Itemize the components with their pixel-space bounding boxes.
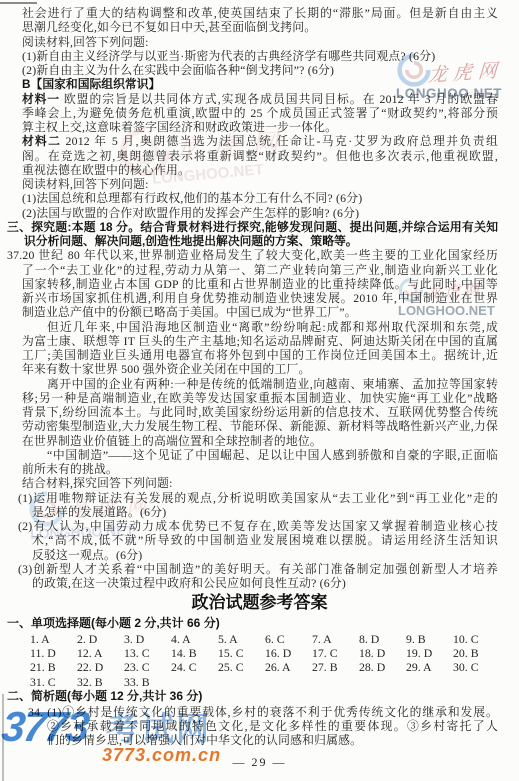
text-line: 34. (1)①乡村是传统文化的重要载体,乡村的衰落不利于优秀传统文化的继承和发… xyxy=(28,705,498,719)
answer-section: 政治试题参考答案 一、单项选择题(每小题 2 分,共计 66 分) 1. A2.… xyxy=(0,592,519,748)
text-line: 的政策,在这一决策过程中政府和公民应如何良性互动? (6分) xyxy=(32,576,498,590)
text-line: 背景下,纷纷回流本土。与此同时,欧美国家纷纷运用新的信息技术、互联网优势整合传统 xyxy=(22,405,498,419)
answer-item: 6. C xyxy=(265,632,312,646)
answer-item: 18. D xyxy=(359,646,406,660)
answer-section1-heading: 一、单项选择题(每小题 2 分,共计 66 分) xyxy=(7,616,519,631)
text-line: ②乡村承载着不同地域的特色文化,是文化多样性的重要体现。③乡村寄托了人 xyxy=(47,719,498,733)
answer-item: 10. C xyxy=(453,632,500,646)
answer-item: 12. A xyxy=(77,646,124,660)
answer-item: 30. C xyxy=(453,660,500,674)
text-line: (3)创新型人才关系着“中国制造”的美好明天。有关部门准备制定加强创新型人才培养 xyxy=(18,562,498,576)
answer-item: 23. C xyxy=(124,660,171,674)
answer-item: 28. D xyxy=(359,660,406,674)
answer-item: 21. B xyxy=(30,660,77,674)
answer-item: 33. B xyxy=(124,675,171,689)
text-line: 材料一 欧盟的宗旨是以共同体方式,实现各成员国共同目标。在 2012 年 3 月… xyxy=(22,92,498,106)
answer-item: 9. B xyxy=(406,632,453,646)
text-line: 劳动密集型制造业,大力发展生物工程、节能环保、新能源、新材料等战略性新兴产业,力… xyxy=(22,419,498,433)
answer-item: 25. C xyxy=(218,660,265,674)
text-line: 们的乡情乡思,可以增强人们对中华文化的认同感和归属感。 xyxy=(47,733,498,747)
text-line: (2)法国与欧盟的合作对欧盟作用的发挥会产生怎样的影响? (6分) xyxy=(22,206,498,220)
answer-item: 24. C xyxy=(171,660,218,674)
text-line: 离开中国的企业有两种:一种是传统的低端制造业,向越南、柬埔寨、孟加拉等国家转 xyxy=(47,377,498,391)
answer-item: 14. B xyxy=(171,646,218,660)
answer-item: 19. D xyxy=(406,646,453,660)
text-line: 制造业总产值中的份额已略高于美国。中国已成为“世界工厂”。 xyxy=(22,305,498,319)
answer-item: 16. D xyxy=(265,646,312,660)
text-line: (2)新自由主义为什么在实践中会面临各种“倒戈拷问”? (6分) xyxy=(22,63,498,77)
text-line: 社会进行了重大的结构调整和改革,使英国结束了长期的“滞胀”局面。但是新自由主义 xyxy=(22,6,498,20)
text-line: 阅读材料,回答下列问题: xyxy=(22,177,498,191)
answer-item: 5. A xyxy=(218,632,265,646)
text-line: 是怎样的发展道路。(6分) xyxy=(32,505,498,519)
answer-item: 20. B xyxy=(453,646,500,660)
material-label: 材料二 xyxy=(22,134,61,148)
answer-item: 1. A xyxy=(30,632,77,646)
text-line: 季峰会上,为避免债务危机重演,欧盟中的 25 个成员国正式签署了“财政契约”,将… xyxy=(22,106,498,120)
answer-item: 13. C xyxy=(124,646,171,660)
text-line: (2)有人认为,中国劳动力成本优势已不复存在,欧美等发达国家又掌握着制造业核心技 xyxy=(18,519,498,533)
material-label: 材料一 xyxy=(22,92,60,106)
text-line: (1)运用唯物辩证法有关发展的观点,分析说明欧美国家从“去工业化”到“再工业化”… xyxy=(18,491,498,505)
exam-page: 龙虎网 LONGHOO.NET 龙虎网 LONGHOO.NET 龙虎网 LONG… xyxy=(0,0,519,781)
question-34-answer: 34. (1)①乡村是传统文化的重要载体,乡村的衰落不利于优秀传统文化的继承和发… xyxy=(0,705,519,748)
text-line: 了一个“去工业化”的过程,劳动力从第一、第二产业转向第三产业,制造业向新兴工业化 xyxy=(22,263,498,277)
text-line: 在世界制造业价值链上的高端位置和全球控制者的地位。 xyxy=(22,434,498,448)
text-line: 算主权上交,这意味着签字国经济和财政政策进一步一体化。 xyxy=(22,120,498,134)
answer-item: 17. C xyxy=(312,646,359,660)
answer-item: 7. A xyxy=(312,632,359,646)
answer-item: 29. A xyxy=(406,660,453,674)
text-line: 37.20 世纪 80 年代以来,世界制造业格局发生了较大变化,欧美一些主要的工… xyxy=(7,248,498,262)
text-line: 国家转移,制造业占本国 GDP 的比重和占世界制造业的比重持续降低。与此同时,中… xyxy=(22,277,498,291)
text-line: 三、探究题:本题 18 分。结合背景材料进行探究,能够发现问题、提出问题,并综合… xyxy=(7,220,498,234)
text-line: 术,“高不成,低不就”所导致的中国制造业发展困境难以摆脱。请运用经济生活知识 xyxy=(32,533,498,547)
text-line: 反驳这一观点。(6分) xyxy=(32,548,498,562)
text-line: 移;另一种是高端制造业,在欧美等发达国家重振本国制造业、加快实施“再工业化”战略 xyxy=(22,391,498,405)
text-line: 新兴市场国家抓住机遇,利用自身优势推动制造业快速发展。2010 年,中国制造业在… xyxy=(22,291,498,305)
text-line: 识分析问题、解决问题,创造性地提出解决问题的方案、策略等。 xyxy=(24,234,498,248)
text-line: 重视法德在欧盟中的核心作用。 xyxy=(22,163,498,177)
answer-item: 4. A xyxy=(171,632,218,646)
text-line: 但近几年来,中国沿海地区制造业“离歌”纷纷响起:成都和郑州取代深圳和东莞,成 xyxy=(47,320,498,334)
answer-title: 政治试题参考答案 xyxy=(0,592,519,614)
answer-item: 3. D xyxy=(124,632,171,646)
answer-section2-heading: 二、简析题(每小题 12 分,共计 36 分) xyxy=(7,689,519,704)
text-line: 年来有数十家世界 500 强外资企业关闭在中国的工厂。 xyxy=(22,362,498,376)
answer-item: 31. C xyxy=(30,675,77,689)
text-line: 工厂;美国制造业巨头通用电器宣布将外包到中国的工作岗位迁回美国本土。据统计,近 xyxy=(22,348,498,362)
answer-item: 11. D xyxy=(30,646,77,660)
text-line: (1)法国总统和总理都有行政权,他们的基本分工有什么不同? (6分) xyxy=(22,191,498,205)
answer-item: 26. A xyxy=(265,660,312,674)
answer-item: 8. D xyxy=(359,632,406,646)
question-section: 社会进行了重大的结构调整和改革,使英国结束了长期的“滞胀”局面。但是新自由主义思… xyxy=(0,6,519,590)
text-line: 结合材料,探究回答下列问题: xyxy=(22,476,498,490)
text-line: 材料二 2012 年 5 月,奥朗德当选为法国总统,任命让-马克·艾罗为政府总理… xyxy=(22,134,498,148)
text-line: “中国制造”——这个见证了中国崛起、足以让中国人感到骄傲和自豪的字眼,正面临 xyxy=(47,448,498,462)
text-line: 阅读材料,回答下列问题: xyxy=(22,35,498,49)
text-line: (1)新自由主义经济学与以亚当·斯密为代表的古典经济学有哪些共同观点? (6分) xyxy=(22,49,498,63)
text-line: 前所未有的挑战。 xyxy=(22,462,498,476)
text-line: B【国家和国际组织常识】 xyxy=(22,77,498,91)
answer-grid: 1. A2. D3. D4. A5. A6. C7. A8. D9. B10. … xyxy=(30,632,519,689)
answer-item: 32. B xyxy=(77,675,124,689)
answer-item: 22. D xyxy=(77,660,124,674)
answer-item: 27. B xyxy=(312,660,359,674)
answer-item: 15. C xyxy=(218,646,265,660)
text-line: 思潮几经变化,如今已不复如日中天,甚至面临倒戈拷问。 xyxy=(22,20,498,34)
answer-item: 2. D xyxy=(77,632,124,646)
text-line: 阁。在竞选之初,奥朗德曾表示将重新调整“财政契约”。但他也多次表示,他重视欧盟, xyxy=(22,149,498,163)
scan-artifact-top xyxy=(0,2,37,4)
text-line: 为富士康、联想等 IT 巨头的生产主基地;知名运动品牌耐克、阿迪达斯关闭在中国的… xyxy=(22,334,498,348)
page-number: — 29 — xyxy=(0,755,519,770)
